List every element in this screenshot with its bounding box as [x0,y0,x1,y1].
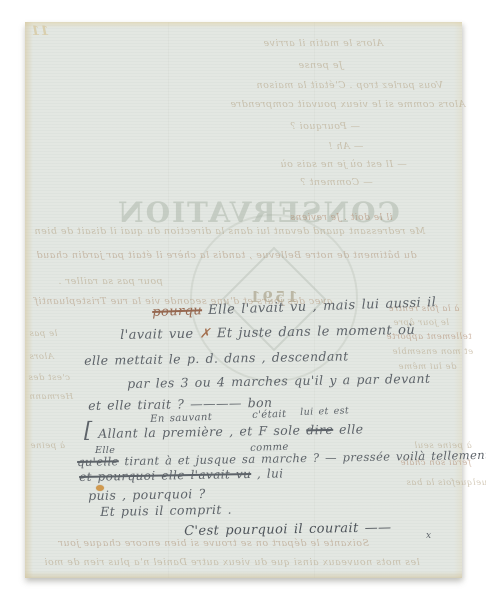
scanned-manuscript-screenshot: { "document": { "kind": "scanned handwri… [0,0,486,610]
paper-page [25,22,462,578]
